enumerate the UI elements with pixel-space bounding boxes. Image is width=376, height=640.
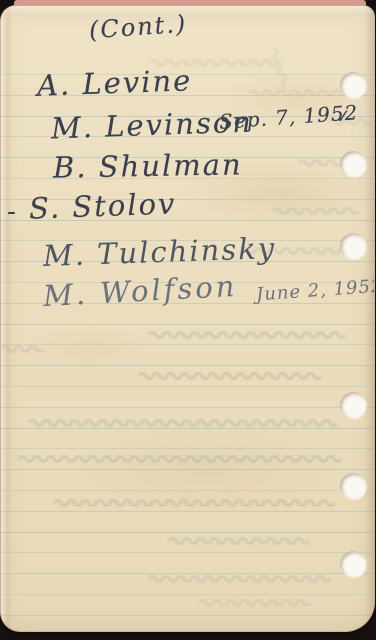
- bleedthrough-mark: [199, 600, 311, 606]
- ruled-line: [1, 448, 374, 449]
- entry-name-stolov: S. Stolov: [29, 189, 177, 223]
- ruled-line: [1, 365, 374, 366]
- bleedthrough-mark: [139, 373, 321, 379]
- ruled-line: [1, 490, 374, 491]
- notebook-page-photo: (Cont.) A. Levine M. Levinson Sep. 7, 19…: [0, 0, 376, 640]
- entry-name-shulman: B. Shulman: [53, 150, 243, 182]
- ruled-line: [1, 532, 374, 533]
- bleedthrough-mark: [149, 576, 331, 582]
- ruled-line: [1, 469, 374, 470]
- bottom-right-corner-edge: [329, 592, 375, 632]
- bleedthrough-mark: [19, 456, 341, 462]
- entry-prefix-dash: -: [7, 199, 18, 225]
- punch-hole: [340, 392, 366, 418]
- paper-top-sheen: [1, 6, 374, 15]
- bleedthrough-mark: [270, 47, 289, 89]
- notebook-paper: (Cont.) A. Levine M. Levinson Sep. 7, 19…: [0, 5, 375, 632]
- punch-hole: [340, 233, 366, 259]
- stray-check-mark: ✓: [333, 107, 352, 127]
- ruled-line: [1, 573, 374, 574]
- bleedthrough-mark: [169, 538, 309, 544]
- ruled-line: [1, 324, 374, 325]
- page-header-cont: (Cont.): [88, 12, 188, 43]
- entry-name-tulchinsky: M. Tulchinsky: [43, 234, 277, 271]
- entry-name-wolfson: M. Wolfson: [42, 272, 238, 311]
- ruled-line: [1, 344, 374, 345]
- punch-hole: [340, 151, 366, 177]
- entry-name-levine: A. Levine: [37, 66, 193, 100]
- ruled-line: [1, 552, 374, 553]
- bleedthrough-mark: [149, 332, 345, 338]
- ruled-line: [1, 615, 374, 616]
- bleedthrough-mark: [274, 208, 358, 214]
- punch-hole: [340, 551, 366, 577]
- bleedthrough-mark: [29, 420, 337, 426]
- punch-hole: [340, 72, 366, 98]
- ruled-line: [1, 407, 374, 408]
- ruled-line: [1, 386, 374, 387]
- punch-hole: [340, 473, 366, 499]
- bleedthrough-mark: [1, 346, 43, 352]
- ruled-line: [1, 594, 374, 595]
- bleedthrough-mark: [54, 500, 334, 506]
- ruled-line: [1, 511, 374, 512]
- ruled-line: [1, 428, 374, 429]
